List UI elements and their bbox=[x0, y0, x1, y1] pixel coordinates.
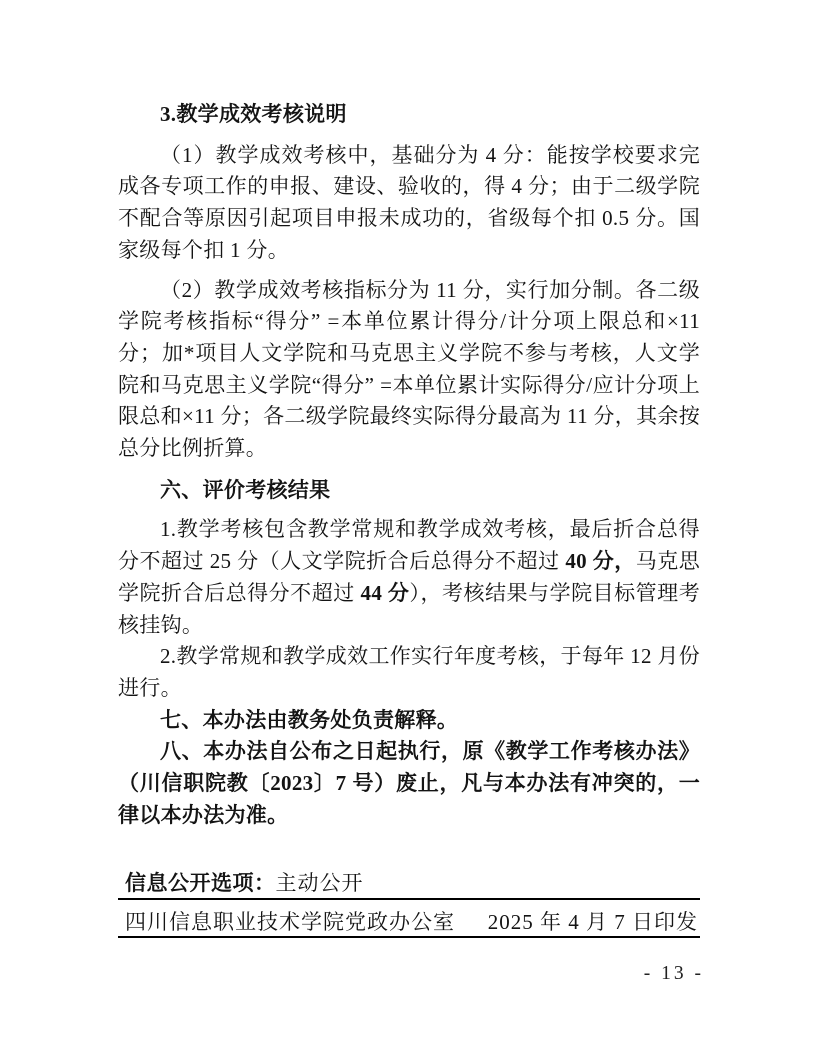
issuing-office: 四川信息职业技术学院党政办公室 bbox=[125, 909, 455, 936]
paragraph-effectiveness-indicator: （2）教学成效考核指标分为 11 分，实行加分制。各二级学院考核指标“得分” =… bbox=[118, 275, 700, 465]
issue-date: 2025 年 4 月 7 日印发 bbox=[488, 909, 698, 936]
paragraph-interpretation: 七、本办法由教务处负责解释。 bbox=[118, 705, 700, 737]
paragraph-result-cap: 1.教学考核包含教学常规和教学成效考核，最后折合总得分不超过 25 分（人文学院… bbox=[118, 514, 700, 641]
disclosure-value: 主动公开 bbox=[276, 871, 364, 895]
result-cap-bold-40: 40 分， bbox=[565, 549, 635, 573]
document-page: 3.教学成效考核说明 （1）教学成效考核中，基础分为 4 分：能按学校要求完成各… bbox=[0, 0, 816, 1056]
footer-divider-bottom bbox=[118, 936, 700, 938]
issue-line: 四川信息职业技术学院党政办公室 2025 年 4 月 7 日印发 bbox=[118, 900, 700, 936]
paragraph-effective-date: 八、本办法自公布之日起执行，原《教学工作考核办法》（川信职院教〔2023〕7 号… bbox=[118, 736, 700, 831]
result-cap-bold-44: 44 分 bbox=[361, 581, 410, 605]
document-body: 3.教学成效考核说明 （1）教学成效考核中，基础分为 4 分：能按学校要求完成各… bbox=[118, 99, 700, 938]
page-number: - 13 - bbox=[644, 963, 704, 985]
heading-section-3: 3.教学成效考核说明 bbox=[118, 99, 700, 131]
disclosure-line: 信息公开选项：主动公开 bbox=[118, 869, 700, 898]
document-footer: 信息公开选项：主动公开 四川信息职业技术学院党政办公室 2025 年 4 月 7… bbox=[118, 869, 700, 938]
paragraph-effectiveness-base: （1）教学成效考核中，基础分为 4 分：能按学校要求完成各专项工作的申报、建设、… bbox=[118, 140, 700, 267]
disclosure-label: 信息公开选项： bbox=[125, 872, 276, 895]
paragraph-annual-review: 2.教学常规和教学成效工作实行年度考核，于每年 12 月份进行。 bbox=[118, 641, 700, 704]
heading-section-6: 六、评价考核结果 bbox=[118, 475, 700, 507]
